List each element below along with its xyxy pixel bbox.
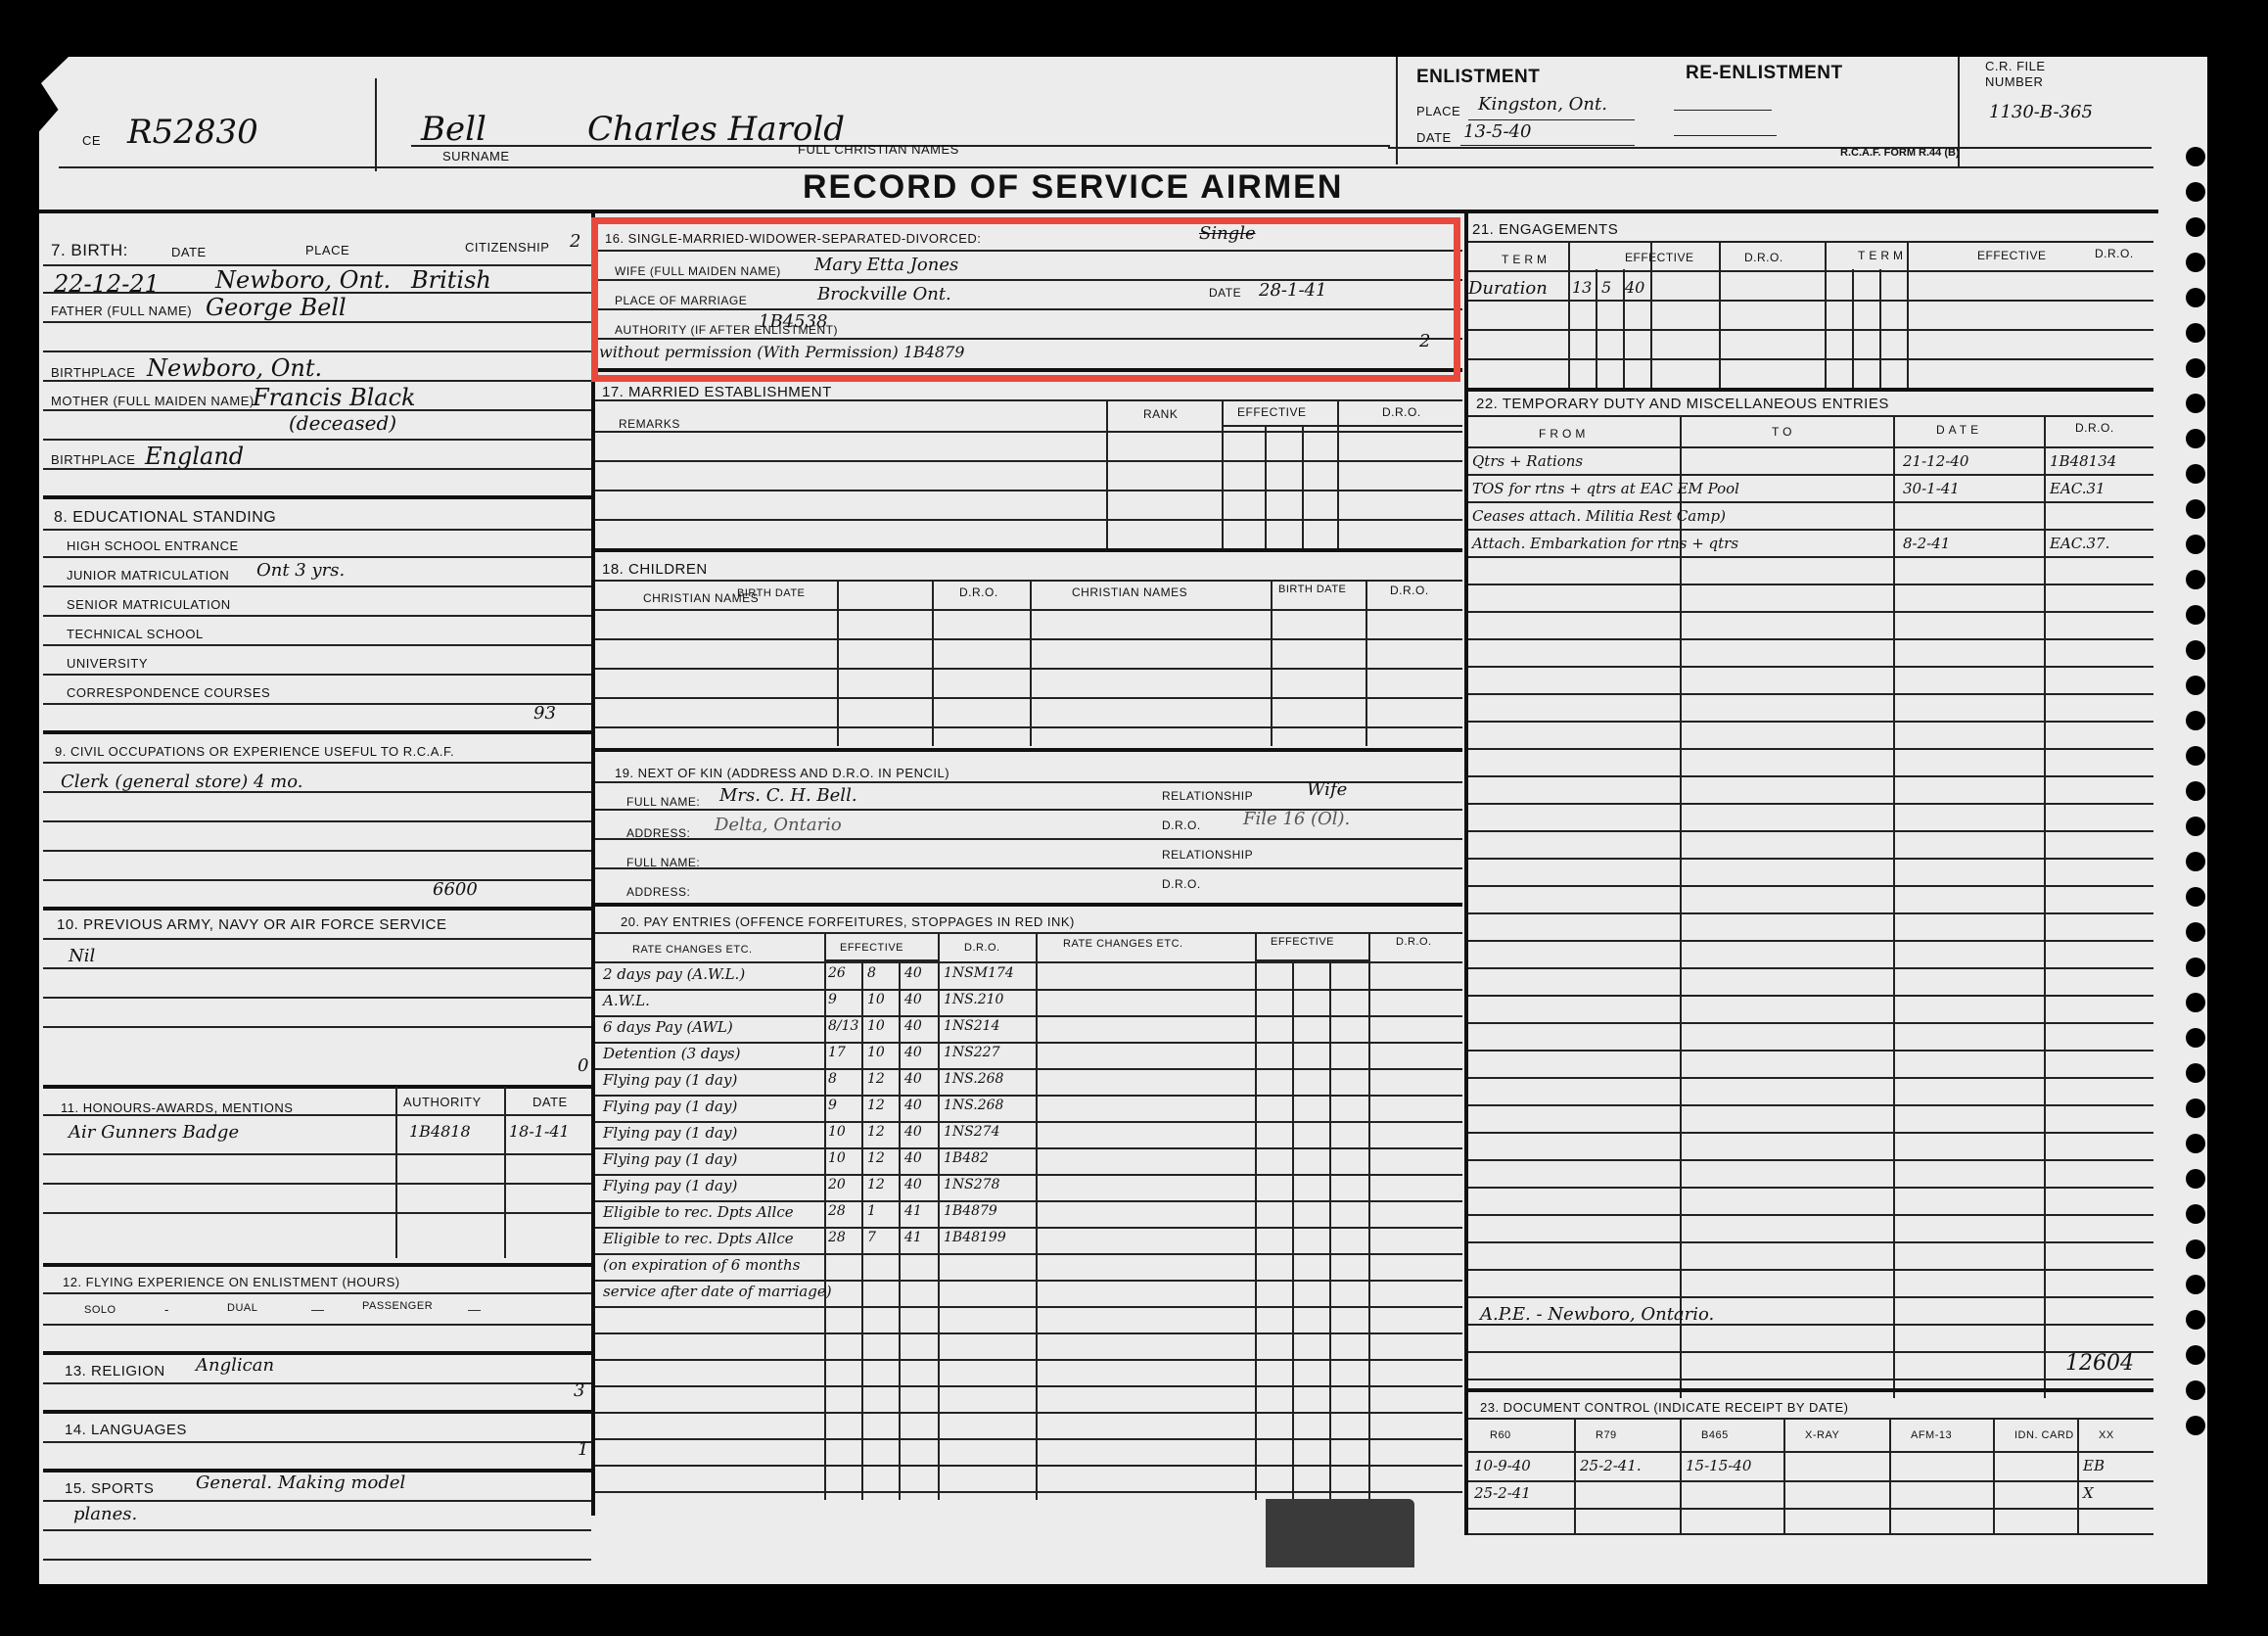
children-names-label-2: CHRISTIAN NAMES [1072,585,1187,599]
honour-authority: 1B4818 [409,1122,471,1141]
nok-dro: File 16 (Ol). [1243,809,1350,829]
perforation-left [0,587,29,1539]
pay-row-line [595,1174,1462,1176]
sports-value: General. Making model [196,1472,405,1493]
enlistment-place-label: PLACE [1416,104,1460,118]
service-number-label: CE [82,133,101,148]
honours-heading: 11. HONOURS-AWARDS, MENTIONS [61,1100,293,1115]
pay-dro-label-2: D.R.O. [1396,936,1432,948]
temp-entry: Qtrs + Rations [1472,452,1583,470]
citizenship-code: 2 [570,231,580,252]
enlistment-heading: ENLISTMENT [1416,67,1540,88]
temp-row-line [1468,967,2153,969]
temp-row-line [1468,693,2153,695]
doc-column-label: R60 [1490,1429,1511,1441]
temp-row-line [1468,1159,2153,1161]
temp-row-line [1468,1050,2153,1052]
doc-row-line [1468,1451,2153,1453]
pay-year: 40 [904,1045,922,1060]
pay-row-line [595,989,1462,991]
service-number: R52830 [127,113,258,152]
ape-entry: A.P.E. - Newboro, Ontario. [1480,1304,1714,1325]
engagement-effective-label-2: EFFECTIVE [1977,249,2047,262]
pay-day: 20 [828,1177,846,1192]
doc-column-label: XX [2099,1429,2114,1441]
doc-cell: X [2083,1484,2094,1502]
mother-birthplace-label: BIRTHPLACE [51,452,135,467]
languages-code: 1 [578,1439,588,1460]
engagement-dro-label-2: D.R.O. [2095,247,2134,260]
highlight-box-marital-section [591,217,1460,382]
religion-code: 3 [574,1380,584,1401]
doc-column-label: IDN. CARD [2014,1429,2074,1441]
cr-file-label: C.R. FILE [1985,59,2046,73]
nok-name: Mrs. C. H. Bell. [719,785,857,806]
pay-month: 12 [867,1177,885,1192]
birth-place-label: PLACE [305,243,349,257]
engagement-term: Duration [1468,278,1548,299]
cr-file-label-2: NUMBER [1985,74,2043,89]
education-heading: 8. EDUCATIONAL STANDING [54,509,276,527]
pay-day: 28 [828,1203,846,1219]
temp-row-line [1468,1187,2153,1189]
nok-address: Delta, Ontario [715,815,842,835]
surname: Bell [421,110,486,149]
pay-row-line [595,1385,1462,1387]
honours-authority-label: AUTHORITY [403,1095,482,1109]
remarks-label: REMARKS [619,417,680,431]
pay-month: 10 [867,992,885,1007]
pay-heading: 20. PAY ENTRIES (OFFENCE FORFEITURES, ST… [621,914,1075,929]
nok2-relationship-label: RELATIONSHIP [1162,848,1253,862]
pay-desc: Detention (3 days) [603,1045,741,1062]
enlistment-place: Kingston, Ont. [1478,94,1607,115]
pay-month: 12 [867,1150,885,1166]
pay-day: 10 [828,1150,846,1166]
pay-desc: Flying pay (1 day) [603,1124,737,1142]
passenger-value: — [468,1302,482,1317]
temp-dro-label: D.R.O. [2075,421,2114,435]
temp-date: 8-2-41 [1903,535,1950,552]
nok2-address-label: ADDRESS: [626,885,690,899]
temp-to-label: TO [1772,425,1795,439]
doc-column-label: R79 [1596,1429,1617,1441]
pay-row-line [595,1015,1462,1017]
pay-day: 28 [828,1230,846,1245]
pay-day: 26 [828,965,846,981]
pay-desc: Flying pay (1 day) [603,1071,737,1089]
temp-row-line [1468,501,2153,503]
pay-year: 40 [904,1177,922,1192]
temp-entry: TOS for rtns + qtrs at EAC EM Pool [1472,480,1739,497]
pay-desc: 2 days pay (A.W.L.) [603,965,745,983]
civil-heading: 9. CIVIL OCCUPATIONS OR EXPERIENCE USEFU… [55,744,454,759]
previous-service-value: Nil [69,946,95,966]
me-dro-label: D.R.O. [1382,405,1421,419]
temp-dro: 1B48134 [2050,452,2116,470]
nok-name-label: FULL NAME: [626,795,700,809]
temp-entry: Ceases attach. Militia Rest Camp) [1472,507,1726,525]
temp-row-line [1468,1022,2153,1024]
pay-row-line [595,1121,1462,1123]
re-enlistment-heading: RE-ENLISTMENT [1686,63,1843,84]
enlistment-date: 13-5-40 [1463,121,1531,142]
temp-row-line [1468,666,2153,668]
civil-code: 6600 [433,879,478,900]
pay-month: 10 [867,1018,885,1034]
doc-row-line [1468,1508,2153,1510]
pay-dro: 1NS.268 [944,1098,1003,1113]
pay-desc: Flying pay (1 day) [603,1098,737,1115]
pay-row-line [595,1253,1462,1255]
pay-dro: 1NS.268 [944,1071,1003,1087]
pay-effective-label-2: EFFECTIVE [1271,936,1334,948]
doc-col-line [2077,1418,2079,1535]
temp-dro: EAC.37. [2050,535,2109,552]
mother-note: (deceased) [289,411,396,435]
languages-heading: 14. LANGUAGES [65,1422,187,1438]
children-birth-label: BIRTH DATE [737,587,805,599]
pay-desc: (on expiration of 6 months [603,1256,800,1274]
temp-row-line [1468,775,2153,777]
temp-duty-heading: 22. TEMPORARY DUTY AND MISCELLANEOUS ENT… [1476,396,1889,412]
temp-row-line [1468,830,2153,832]
pay-desc: A.W.L. [603,992,650,1009]
pay-day: 8/13 [828,1018,858,1034]
pay-year: 41 [904,1203,922,1219]
father-name: George Bell [206,294,347,321]
temp-row-line [1468,721,2153,723]
cr-file-number: 1130-B-365 [1989,102,2093,122]
temp-row-line [1468,638,2153,640]
redaction-block [1266,1499,1414,1567]
doc-row-line [1468,1480,2153,1482]
pay-day: 9 [828,992,837,1007]
birth-date-label: DATE [171,245,207,259]
sports-heading: 15. SPORTS [65,1480,154,1497]
pay-year: 40 [904,1124,922,1140]
honours-date-label: DATE [532,1095,568,1109]
solo-label: SOLO [84,1304,116,1316]
enlistment-date-label: DATE [1416,130,1452,145]
doc-col-line [1993,1418,1995,1535]
pay-month: 7 [867,1230,876,1245]
education-item: SENIOR MATRICULATION [67,597,231,612]
education-value: Ont 3 yrs. [256,560,345,581]
education-item: JUNIOR MATRICULATION [67,568,229,583]
pay-row-line [595,1359,1462,1361]
pay-year: 40 [904,1018,922,1034]
temp-row-line [1468,1379,2153,1380]
rank-label: RANK [1143,407,1178,421]
pay-row-line [595,1095,1462,1097]
temp-row-line [1468,885,2153,887]
birth-place: Newboro, Ont. [215,266,391,294]
doc-row-line [1468,1533,2153,1535]
previous-service-heading: 10. PREVIOUS ARMY, NAVY OR AIR FORCE SER… [57,916,447,933]
doc-column-label: AFM-13 [1911,1429,1952,1441]
christian-names-label: FULL CHRISTIAN NAMES [798,142,959,157]
birth-heading: 7. BIRTH: [51,241,128,260]
pay-desc: Eligible to rec. Dpts Allce [603,1230,794,1247]
engagement-year: 40 [1625,278,1644,297]
pay-day: 9 [828,1098,837,1113]
temp-row-line [1468,1214,2153,1216]
pay-desc: 6 days Pay (AWL) [603,1018,733,1036]
children-birth-label-2: BIRTH DATE [1278,584,1346,595]
pay-dro-label: D.R.O. [964,942,1000,954]
pay-dro: 1NS274 [944,1124,999,1140]
pay-dro: 1NSM174 [944,965,1014,981]
doc-column-label: X-RAY [1805,1429,1839,1441]
sports-value-2: planes. [73,1504,137,1524]
doc-cell: 10-9-40 [1474,1457,1531,1474]
mother-birthplace: England [145,443,244,470]
mother-name: Francis Black [253,384,416,411]
pay-row-line [595,1280,1462,1282]
doc-col-line [1680,1418,1682,1535]
education-item: HIGH SCHOOL ENTRANCE [67,538,239,553]
temp-row-line [1468,1351,2153,1353]
temp-entry: Attach. Embarkation for rtns + qtrs [1472,535,1738,552]
education-code: 93 [533,703,556,724]
religion-value: Anglican [196,1355,274,1376]
temp-row-line [1468,1104,2153,1106]
perforation-right [2207,147,2237,1451]
pay-row-line [595,1465,1462,1467]
pay-dro: 1NS278 [944,1177,999,1192]
flying-heading: 12. FLYING EXPERIENCE ON ENLISTMENT (HOU… [63,1275,400,1289]
pay-year: 40 [904,1098,922,1113]
pay-row-line [595,1227,1462,1229]
nok2-dro-label: D.R.O. [1162,877,1201,891]
pay-month: 10 [867,1045,885,1060]
children-dro-label-2: D.R.O. [1390,584,1429,597]
pay-day: 10 [828,1124,846,1140]
temp-row-line [1468,584,2153,585]
mother-label: MOTHER (FULL MAIDEN NAME) [51,394,255,408]
temp-row-line [1468,803,2153,805]
pay-month: 12 [867,1071,885,1087]
doc-column-label: B465 [1701,1429,1729,1441]
father-birthplace-label: BIRTHPLACE [51,365,135,380]
engagement-month: 5 [1601,278,1611,297]
temp-row-line [1468,1241,2153,1243]
honour-date: 18-1-41 [509,1122,570,1141]
engagement-dro-label: D.R.O. [1744,251,1783,264]
engagement-day: 13 [1572,278,1592,297]
pay-year: 40 [904,992,922,1007]
doc-col-line [1783,1418,1785,1535]
doc-cell: 25-2-41 [1474,1484,1531,1502]
me-effective-label: EFFECTIVE [1237,405,1307,419]
temp-row-line [1468,1269,2153,1271]
pay-row-line [595,1200,1462,1202]
citizenship: British [411,266,491,294]
nok-dro-label: D.R.O. [1162,818,1201,832]
doc-cell: 15-15-40 [1686,1457,1751,1474]
pay-year: 40 [904,965,922,981]
pay-rate-label: RATE CHANGES ETC. [632,944,753,956]
dual-label: DUAL [227,1302,257,1314]
temp-row-line [1468,474,2153,476]
pay-day: 8 [828,1071,837,1087]
pay-dro: 1NS.210 [944,992,1003,1007]
children-heading: 18. CHILDREN [602,561,708,578]
pay-desc: service after date of marriage) [603,1283,832,1300]
father-label: FATHER (FULL NAME) [51,304,192,318]
citizenship-label: CITIZENSHIP [465,240,549,255]
pay-row-line [595,1147,1462,1149]
previous-service-code: 0 [578,1055,588,1076]
pay-row-line [595,1491,1462,1493]
education-item: TECHNICAL SCHOOL [67,627,204,641]
document-control-heading: 23. DOCUMENT CONTROL (INDICATE RECEIPT B… [1480,1400,1848,1415]
temp-row-line [1468,995,2153,997]
pay-rate-label-2: RATE CHANGES ETC. [1063,938,1183,950]
pay-day: 17 [828,1045,846,1060]
temp-row-line [1468,748,2153,750]
pay-year: 40 [904,1150,922,1166]
pay-row-line [595,1042,1462,1044]
temp-row-line [1468,1077,2153,1079]
pay-month: 12 [867,1124,885,1140]
pay-desc: Eligible to rec. Dpts Allce [603,1203,794,1221]
civil-value: Clerk (general store) 4 mo. [61,771,302,792]
honour-award: Air Gunners Badge [69,1122,239,1143]
pay-row-line [595,1332,1462,1334]
pay-year: 40 [904,1071,922,1087]
solo-value: - [164,1302,169,1317]
pay-row-line [595,1306,1462,1308]
temp-row-line [1468,1132,2153,1134]
form-number: R.C.A.F. FORM R.44 (B) [1840,147,1960,159]
temp-row-line [1468,529,2153,531]
pay-month: 1 [867,1203,876,1219]
pay-desc: Flying pay (1 day) [603,1150,737,1168]
temp-duty-code: 12604 [2065,1351,2134,1376]
pay-month: 8 [867,965,876,981]
temp-date: 30-1-41 [1903,480,1960,497]
pay-year: 41 [904,1230,922,1245]
engagement-term-label-2: TERM [1858,249,1907,262]
passenger-label: PASSENGER [362,1300,433,1312]
engagements-heading: 21. ENGAGEMENTS [1472,221,1618,238]
dual-value: — [311,1302,325,1317]
pay-desc: Flying pay (1 day) [603,1177,737,1194]
married-establishment-heading: 17. MARRIED ESTABLISHMENT [602,384,832,400]
pay-dro: 1B482 [944,1150,989,1166]
pay-dro: 1NS214 [944,1018,999,1034]
pay-effective-label: EFFECTIVE [840,942,903,954]
temp-from-label: FROM [1539,427,1589,441]
doc-cell: 25-2-41. [1580,1457,1642,1474]
children-dro-label: D.R.O. [959,585,998,599]
temp-date: 21-12-40 [1903,452,1968,470]
nok-relationship-label: RELATIONSHIP [1162,789,1253,803]
pay-dro: 1NS227 [944,1045,999,1060]
pay-row-line [595,1412,1462,1414]
temp-row-line [1468,1296,2153,1298]
pay-month: 12 [867,1098,885,1113]
temp-row-line [1468,611,2153,613]
religion-heading: 13. RELIGION [65,1363,165,1379]
education-item: CORRESPONDENCE COURSES [67,685,270,700]
next-of-kin-heading: 19. NEXT OF KIN (ADDRESS AND D.R.O. IN P… [615,766,949,780]
engagement-effective-label: EFFECTIVE [1625,251,1694,264]
doc-col-line [1889,1418,1891,1535]
education-item: UNIVERSITY [67,656,148,671]
temp-row-line [1468,912,2153,914]
doc-cell: EB [2083,1457,2105,1474]
pay-dro: 1B4879 [944,1203,997,1219]
temp-dro: EAC.31 [2050,480,2106,497]
doc-col-line [1574,1418,1576,1535]
surname-label: SURNAME [442,149,510,164]
father-birthplace: Newboro, Ont. [147,354,322,382]
temp-row-line [1468,556,2153,558]
pay-dro: 1B48199 [944,1230,1006,1245]
temp-date-label: DATE [1936,423,1982,437]
temp-row-line [1468,940,2153,942]
nok-relationship: Wife [1307,779,1347,800]
pay-row-line [595,1438,1462,1440]
temp-row-line [1468,858,2153,860]
page-title: RECORD OF SERVICE AIRMEN [803,168,1343,207]
pay-row-line [595,1068,1462,1070]
engagement-term-label: TERM [1502,253,1551,266]
